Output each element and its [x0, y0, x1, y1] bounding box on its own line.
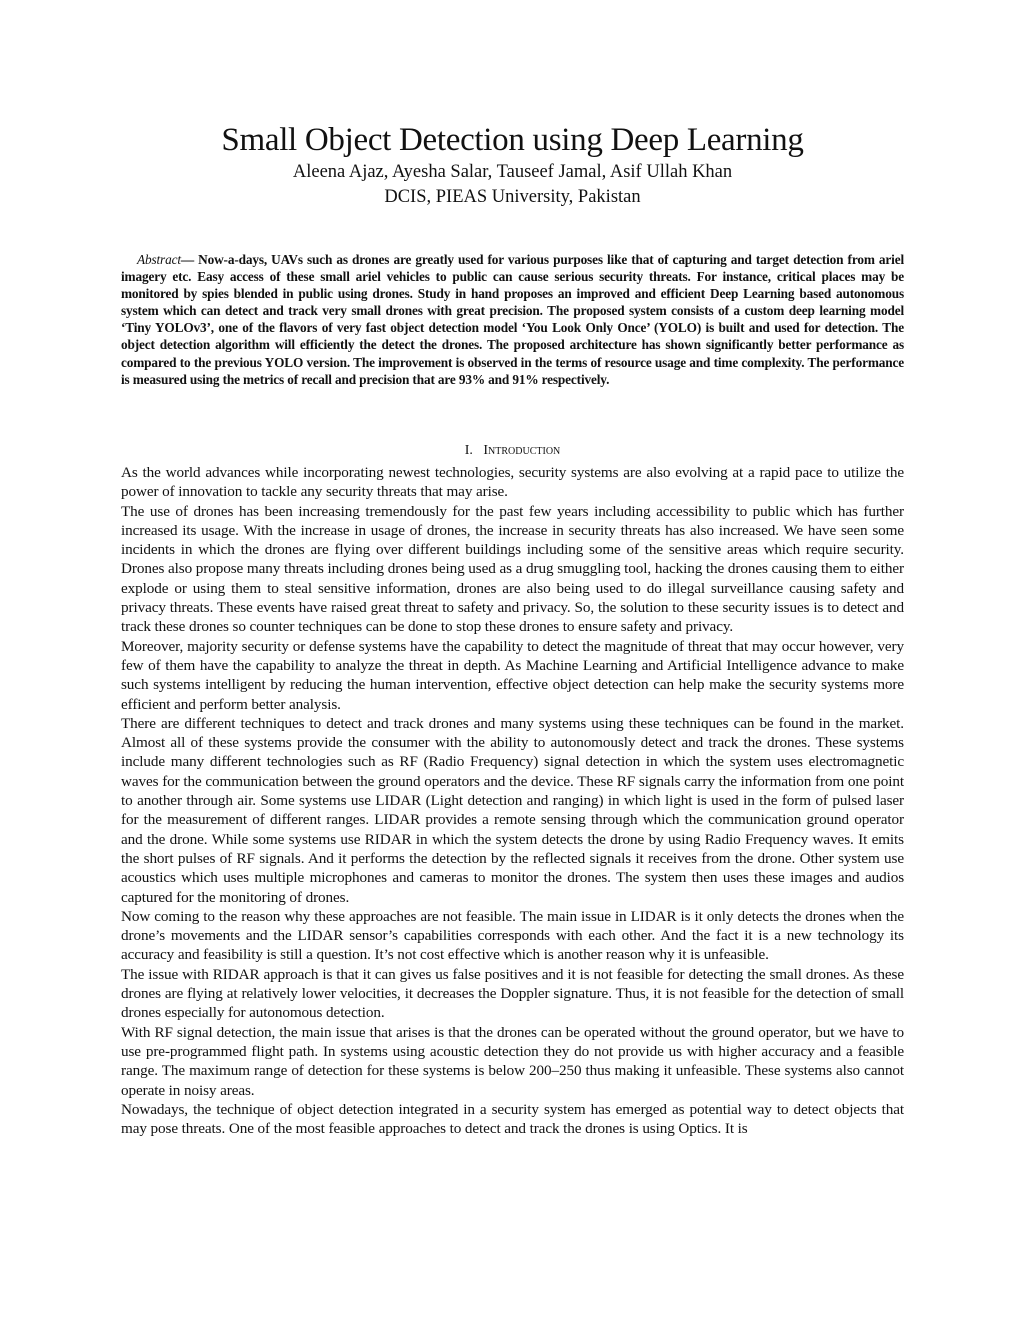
paragraph: Nowadays, the technique of object detect…	[121, 1100, 904, 1139]
author-list: Aleena Ajaz, Ayesha Salar, Tauseef Jamal…	[121, 160, 904, 184]
abstract: Abstract— Now-a-days, UAVs such as drone…	[121, 251, 904, 388]
paragraph: Moreover, majority security or defense s…	[121, 637, 904, 714]
section-heading-introduction: I. Introduction	[121, 441, 904, 461]
paragraph: With RF signal detection, the main issue…	[121, 1023, 904, 1100]
abstract-text: Now-a-days, UAVs such as drones are grea…	[121, 252, 904, 387]
section-title: Introduction	[483, 443, 560, 458]
paper-title: Small Object Detection using Deep Learni…	[121, 118, 904, 162]
author-affiliation: DCIS, PIEAS University, Pakistan	[121, 185, 904, 209]
paragraph: As the world advances while incorporatin…	[121, 463, 904, 502]
paragraph: There are different techniques to detect…	[121, 714, 904, 907]
paragraph: The issue with RIDAR approach is that it…	[121, 965, 904, 1023]
introduction-body: As the world advances while incorporatin…	[121, 463, 904, 1138]
paragraph: The use of drones has been increasing tr…	[121, 502, 904, 637]
section-number: I.	[465, 443, 473, 458]
abstract-label: Abstract	[137, 252, 181, 267]
abstract-dash: —	[181, 252, 198, 267]
paragraph: Now coming to the reason why these appro…	[121, 907, 904, 965]
